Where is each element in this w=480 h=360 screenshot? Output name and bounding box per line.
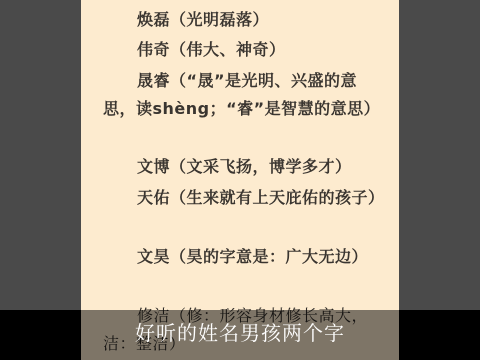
name-entry: 伟奇（伟大、神奇） — [103, 36, 383, 64]
caption-text: 好听的姓名男孩两个字 — [0, 318, 480, 348]
document-image: 焕磊（光明磊落） 伟奇（伟大、神奇） 晟睿（“晟”是光明、兴盛的意思，读shèn… — [81, 0, 399, 360]
name-entry: 文博（文采飞扬，博学多才） — [103, 153, 383, 181]
name-entry: 天佑（生来就有上天庇佑的孩子） — [103, 184, 383, 212]
name-entry: 焕磊（光明磊落） — [103, 6, 383, 34]
name-entry: 文昊（昊的字意是：广大无边） — [103, 243, 383, 271]
name-entry: 晟睿（“晟”是光明、兴盛的意思，读shèng；“睿”是智慧的意思） — [103, 67, 383, 123]
